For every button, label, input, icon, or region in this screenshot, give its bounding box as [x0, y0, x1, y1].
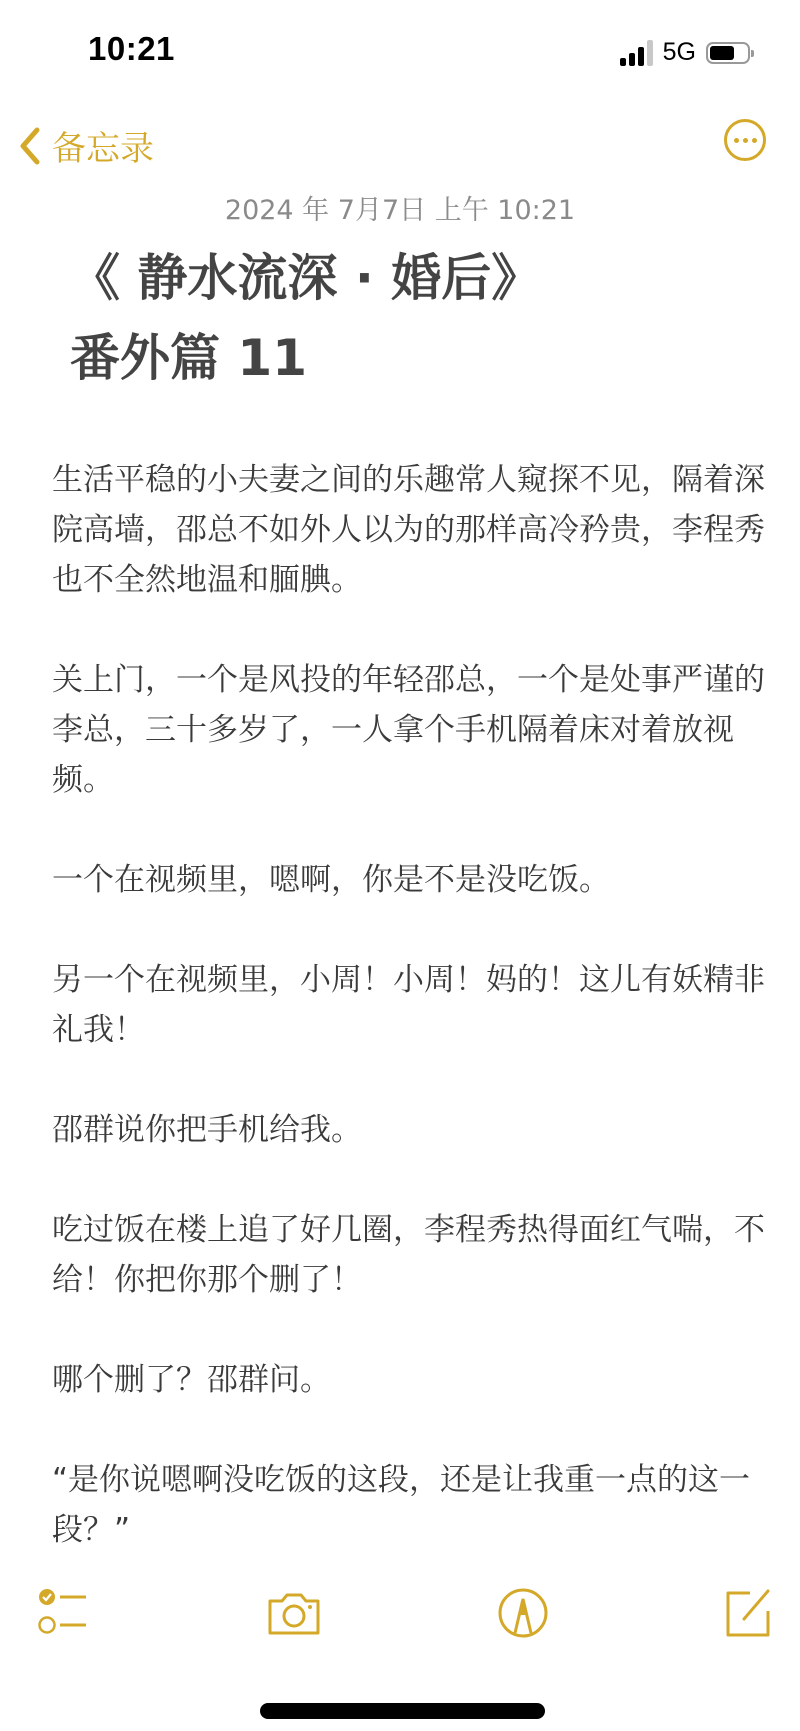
- home-indicator[interactable]: [260, 1703, 545, 1719]
- network-type: 5G: [663, 38, 696, 67]
- markup-pen-icon: [495, 1585, 551, 1641]
- paragraph: 关上门，一个是风投的年轻邵总，一个是处事严谨的李总，三十多岁了，一人拿个手机隔着…: [52, 655, 772, 805]
- ellipsis-icon: [734, 138, 739, 143]
- checklist-icon: [36, 1585, 92, 1641]
- paragraph: 生活平稳的小夫妻之间的乐趣常人窥探不见，隔着深院高墙，邵总不如外人以为的那样高冷…: [52, 455, 772, 605]
- back-button[interactable]: 备忘录: [18, 121, 154, 170]
- battery-icon: [706, 42, 750, 64]
- status-indicators: 5G: [620, 38, 750, 67]
- nav-bar: 备忘录: [0, 115, 800, 175]
- compose-icon: [720, 1585, 776, 1641]
- ellipsis-dot: [752, 138, 757, 143]
- ellipsis-dot: [743, 138, 748, 143]
- compose-button[interactable]: [720, 1585, 776, 1641]
- paragraph: 吃过饭在楼上追了好几圈，李程秀热得面红气喘，不给！你把你那个删了！: [52, 1205, 772, 1305]
- title-line: 番外篇 11: [70, 318, 541, 398]
- camera-button[interactable]: [266, 1585, 322, 1641]
- chevron-left-icon: [18, 126, 42, 166]
- back-label: 备忘录: [52, 121, 154, 170]
- camera-icon: [266, 1585, 322, 1641]
- status-time: 10:21: [88, 30, 175, 68]
- note-date: 2024 年 7月7日 上午 10:21: [0, 188, 800, 227]
- title-line: 《 静水流深 · 婚后》: [70, 238, 541, 318]
- markup-button[interactable]: [495, 1585, 551, 1641]
- paragraph: 另一个在视频里，小周！小周！妈的！这儿有妖精非礼我！: [52, 955, 772, 1055]
- paragraph: 邵群说你把手机给我。: [52, 1105, 772, 1155]
- note-body[interactable]: 生活平稳的小夫妻之间的乐趣常人窥探不见，隔着深院高墙，邵总不如外人以为的那样高冷…: [52, 455, 772, 1605]
- more-button[interactable]: [724, 119, 766, 161]
- bottom-toolbar: [0, 1585, 800, 1645]
- status-bar: 10:21 5G: [0, 0, 800, 100]
- paragraph: “是你说嗯啊没吃饭的这段，还是让我重一点的这一段？”: [52, 1455, 772, 1555]
- paragraph: 一个在视频里，嗯啊，你是不是没吃饭。: [52, 855, 772, 905]
- paragraph: 哪个删了？邵群问。: [52, 1355, 772, 1405]
- checklist-button[interactable]: [36, 1585, 92, 1641]
- cellular-signal-icon: [620, 40, 653, 66]
- note-title[interactable]: 《 静水流深 · 婚后》 番外篇 11: [70, 238, 541, 398]
